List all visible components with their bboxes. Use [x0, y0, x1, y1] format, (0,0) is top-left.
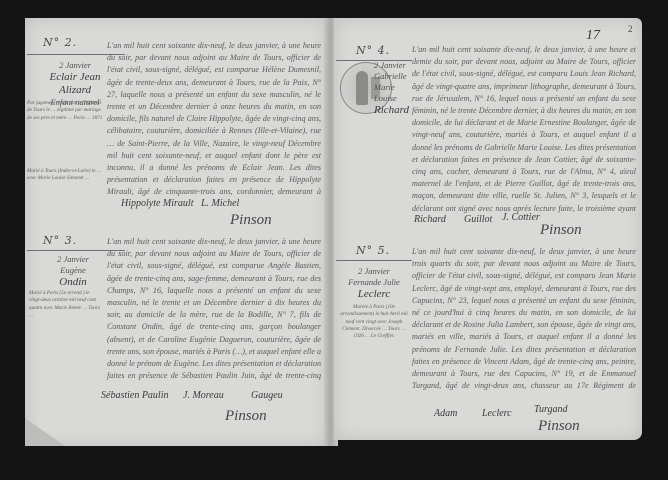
signature: J. Cottier — [502, 212, 540, 223]
marginal-annotation: Par jugement rendu par le Tribunal de To… — [27, 100, 103, 162]
entry-number: N° 3. — [43, 234, 77, 247]
margin-name-line: Eugène — [35, 265, 111, 276]
entry-number: N° 2. — [43, 36, 77, 49]
margin-date: 2 Janvier — [374, 60, 412, 71]
margin-entry-block: 2 Janvier Fernande Julie Leclerc — [338, 266, 410, 301]
signature: Pinson — [230, 212, 272, 229]
signature: Adam — [434, 408, 457, 419]
signature: Hippolyte Mirault — [121, 198, 194, 209]
right-page: 2 17 N° 4. 2 Janvier Gabrielle Marie Lou… — [334, 18, 642, 440]
entry-number: N° 5. — [356, 244, 390, 257]
margin-name-line: Louise — [374, 93, 412, 104]
entry-text: L'an mil huit cent soixante dix-neuf, le… — [412, 44, 636, 214]
signature: Pinson — [225, 408, 267, 425]
left-page: N° 2. 2 Janvier Eclair Jean Alizard Enfa… — [25, 18, 327, 446]
signature: Turgand — [534, 404, 568, 415]
signature: Gaugeu — [251, 390, 283, 401]
margin-divider — [336, 260, 412, 261]
signature: Pinson — [540, 222, 582, 239]
signature: Leclerc — [482, 408, 512, 419]
margin-date: 2 Janvier — [338, 266, 410, 277]
margin-name-line: Richard — [374, 104, 412, 117]
signature: Pinson — [538, 418, 580, 435]
margin-date: 2 Janvier — [35, 60, 115, 71]
signature: Sébastien Paulin — [101, 390, 169, 401]
margin-name-line: Marie — [374, 82, 412, 93]
marginal-annotation: Marié à Tours (Indre-et-Loire) le … avec… — [27, 168, 103, 210]
folio-mark: 17 — [586, 28, 600, 44]
signature: J. Moreau — [183, 390, 224, 401]
margin-name-line: Ondin — [35, 276, 111, 289]
signature: L. Michel — [201, 198, 239, 209]
margin-date: 2 Janvier — [35, 254, 111, 265]
signature: Guillot — [464, 214, 492, 225]
marginal-annotation: Mariée à Paris (10e arrondissement) le h… — [338, 304, 410, 348]
folded-corner — [25, 418, 65, 446]
margin-entry-block: 2 Janvier Eugène Ondin — [35, 254, 111, 289]
marginal-annotation: Marié à Paris (5e arrond.) le vingt-deux… — [29, 290, 101, 330]
margin-name-line: Alizard — [35, 84, 115, 97]
margin-name-line: Gabrielle — [374, 71, 412, 82]
margin-entry-block: 2 Janvier Gabrielle Marie Louise Richard — [374, 60, 412, 117]
entry-text: L'an mil huit cent soixante dix-neuf, le… — [107, 236, 321, 382]
margin-name-line: Fernande Julie — [338, 277, 410, 288]
signature: Richard — [414, 214, 446, 225]
margin-name-line: Leclerc — [338, 288, 410, 301]
entry-text: L'an mil huit cent soixante dix-neuf, le… — [107, 40, 321, 198]
entry-text: L'an mil huit cent soixante dix-neuf, le… — [412, 246, 636, 394]
entry-number: N° 4. — [356, 44, 390, 57]
margin-name-line: Eclair Jean — [35, 71, 115, 84]
page-number: 2 — [628, 24, 633, 34]
